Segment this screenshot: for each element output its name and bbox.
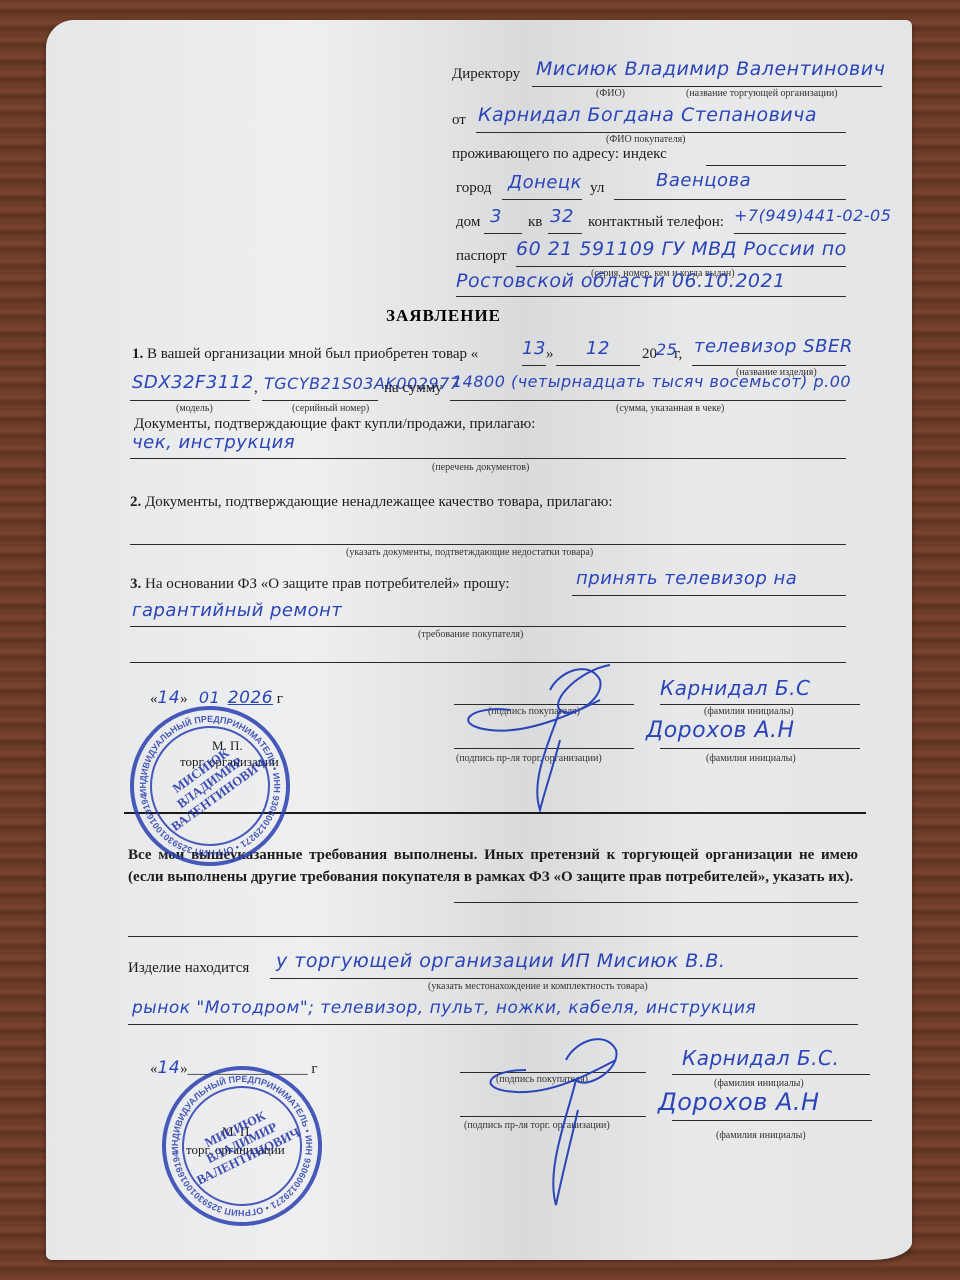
seal-stamp-1: ИНДИВИДУАЛЬНЫЙ ПРЕДПРИНИМАТЕЛЬ • ИНН 930…: [120, 696, 301, 877]
phone-label: контактный телефон:: [588, 214, 724, 231]
request-line-2: [130, 626, 846, 627]
completion-line-1: [454, 902, 858, 903]
sum-caption: (сумма, указанная в чеке): [616, 403, 724, 414]
docs-label: Документы, подтверждающие факт купли/про…: [134, 416, 535, 433]
location-line-1: [270, 978, 858, 979]
buyer-name: Карнидал Богдана Степановича: [478, 104, 817, 126]
location-value-2: рынок "Мотодром"; телевизор, пульт, ножк…: [132, 998, 756, 1018]
document-title: ЗАЯВЛЕНИЕ: [386, 306, 501, 326]
rep-initials-1: Дорохов А.Н: [646, 718, 795, 743]
seal-stamp-2: ИНДИВИДУАЛЬНЫЙ ПРЕДПРИНИМАТЕЛЬ • ИНН 930…: [154, 1058, 330, 1234]
section2-text: 2. Документы, подтверждающие ненадлежаще…: [130, 494, 613, 511]
apt-value: 32: [550, 206, 574, 227]
year-suffix: г,: [674, 346, 682, 363]
completion-line-2: [128, 936, 858, 937]
location-line-2: [128, 1024, 858, 1025]
product-name: телевизор SBER: [694, 336, 853, 357]
apt-line: [548, 233, 582, 234]
buyer-initials-1: Карнидал Б.С: [660, 676, 811, 700]
section1-text: 1. В вашей организации мной был приобрет…: [132, 346, 478, 363]
application-form-paper: Директору Мисиюк Владимир Валентинович (…: [46, 20, 912, 1260]
buyer-initials-line-2: [672, 1074, 870, 1075]
request-line-1: [572, 595, 846, 596]
location-label: Изделие находится: [128, 960, 249, 977]
rep-initials-line-2: [672, 1120, 872, 1121]
section3-label: На основании ФЗ «О защите прав потребите…: [145, 576, 510, 592]
section3-text: 3. На основании ФЗ «О защите прав потреб…: [130, 576, 510, 593]
buyer-initials-line-1: [660, 704, 860, 705]
address-label: проживающего по адресу: индекс: [452, 146, 667, 163]
section1-number: 1.: [132, 346, 143, 362]
sum-label: на сумму: [384, 380, 443, 397]
request-value-2: гарантийный ремонт: [132, 600, 342, 621]
index-line: [706, 165, 846, 166]
model-value: SDX32F3112: [132, 372, 254, 393]
date-open-2: «: [150, 1061, 158, 1077]
house-line: [484, 233, 522, 234]
location-caption: (указать местонахождение и комплектность…: [428, 981, 648, 992]
section2-caption: (указать документы, подтветждающие недос…: [346, 547, 593, 558]
sum-line: [450, 400, 846, 401]
model-caption: (модель): [176, 403, 213, 414]
buyer-signature-1: [450, 650, 630, 820]
sum-value: 14800 (четырнадцать тысяч восемьсот) р.0…: [452, 372, 851, 391]
signoff1-day: 14: [158, 688, 181, 708]
phone-value: +7(949)441-02-05: [734, 206, 891, 225]
quote-close: »: [546, 346, 554, 363]
purchase-day: 13: [522, 338, 546, 359]
passport-value-2: Ростовской области 06.10.2021: [456, 270, 786, 292]
phone-line: [734, 233, 846, 234]
from-label: от: [452, 112, 466, 129]
fio-caption: (ФИО): [596, 88, 625, 99]
section3-number: 3.: [130, 576, 141, 592]
house-label: дом: [456, 214, 480, 231]
signoff2-day: 14: [158, 1058, 181, 1078]
org-caption: (название торгующей организации): [686, 88, 838, 99]
rep-initials-2: Дорохов А.Н: [658, 1088, 820, 1116]
rep-initials-caption-2: (фамилия инициалы): [716, 1130, 806, 1141]
day-line: [522, 365, 546, 366]
model-line: [130, 400, 250, 401]
docs-value: чек, инструкция: [132, 432, 295, 453]
year-prefix: 20: [642, 346, 657, 363]
buyer-caption: (ФИО покупателя): [606, 134, 686, 145]
signoff1-year-suffix: г: [277, 691, 283, 707]
request-caption: (требование покупателя): [418, 629, 523, 640]
section2-label: Документы, подтверждающие ненадлежащее к…: [145, 494, 613, 510]
initials-caption-1: (фамилия инициалы): [704, 706, 794, 717]
city-label: город: [456, 180, 491, 197]
rep-initials-caption-1: (фамилия инициалы): [706, 753, 796, 764]
passport-value-1: 60 21 591109 ГУ МВД России по: [516, 238, 847, 260]
month-line: [556, 365, 640, 366]
buyer-signature-2: [466, 1030, 636, 1210]
serial-line: [262, 400, 378, 401]
house-value: 3: [490, 206, 502, 227]
date-open: «: [150, 691, 158, 707]
signoff1-month: 01: [199, 688, 220, 707]
director-name: Мисиюк Владимир Валентинович: [536, 58, 885, 80]
city-value: Донецк: [508, 172, 582, 193]
passport-line-2: [456, 296, 846, 297]
request-value-1: принять телевизор на: [576, 568, 797, 589]
director-line: [532, 86, 882, 87]
serial-caption: (серийный номер): [292, 403, 369, 414]
docs-line: [130, 458, 846, 459]
date-close: »: [180, 691, 188, 707]
location-value-1: у торгующей организации ИП Мисиюк В.В.: [276, 950, 725, 972]
apt-label: кв: [528, 214, 542, 231]
rep-initials-line-1: [660, 748, 860, 749]
passport-line-1: [516, 266, 846, 267]
section1-label: В вашей организации мной был приобретен …: [147, 346, 478, 362]
section2-number: 2.: [130, 494, 141, 510]
buyer-initials-2: Карнидал Б.С.: [682, 1046, 839, 1070]
section2-line: [130, 544, 846, 545]
street-value: Ваенцова: [656, 170, 751, 191]
product-line: [692, 365, 846, 366]
to-director-label: Директору: [452, 66, 520, 83]
passport-label: паспорт: [456, 248, 507, 265]
docs-caption: (перечень документов): [432, 462, 529, 473]
purchase-month: 12: [586, 338, 610, 359]
signoff2-year-suffix: г: [311, 1061, 317, 1077]
comma-separator: ,: [254, 380, 258, 397]
buyer-line: [476, 132, 846, 133]
street-label: ул: [590, 180, 604, 197]
street-line: [614, 199, 846, 200]
city-line: [502, 199, 582, 200]
